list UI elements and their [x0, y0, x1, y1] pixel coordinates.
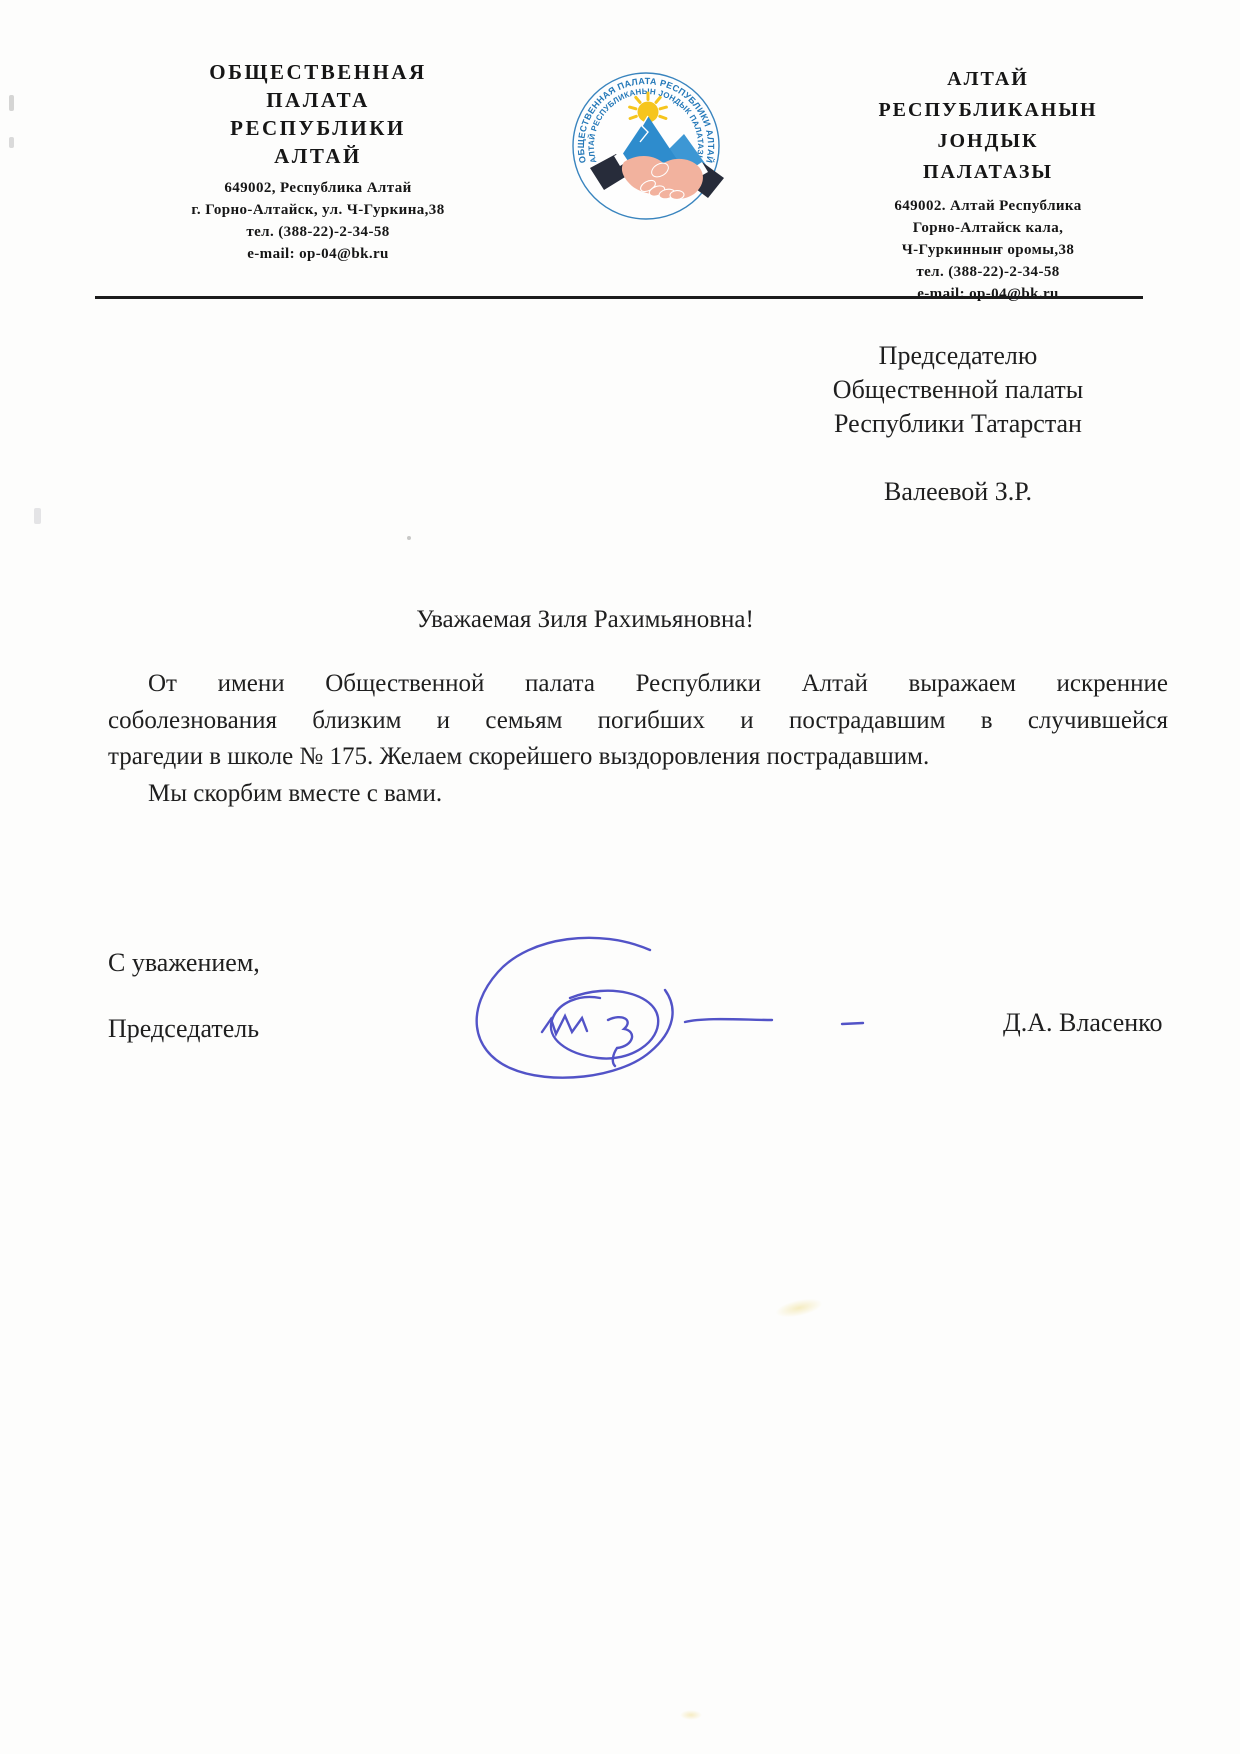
org-title-ru-line: ПАЛАТА [140, 86, 496, 114]
address-line: 649002. Алтай Республика [803, 195, 1173, 217]
body-line: соболезнования близким и семьям погибших… [108, 703, 1168, 740]
org-address-russian: 649002, Республика Алтай г. Горно-Алтайс… [140, 177, 496, 265]
emblem-svg: ОБЩЕСТВЕННАЯ ПАЛАТА РЕСПУБЛИКИ АЛТАЙ АЛТ… [564, 62, 728, 230]
recipient-line: Общественной палаты [756, 373, 1160, 407]
scan-artifact [407, 536, 411, 540]
org-block-russian: ОБЩЕСТВЕННАЯ ПАЛАТА РЕСПУБЛИКИ АЛТАЙ 649… [140, 58, 496, 265]
letter-body: От имени Общественной палата Республики … [108, 666, 1168, 812]
address-line: Горно-Алтайск кала, [803, 217, 1173, 239]
organization-emblem: ОБЩЕСТВЕННАЯ ПАЛАТА РЕСПУБЛИКИ АЛТАЙ АЛТ… [564, 62, 728, 230]
closing-regards: С уважением, [108, 948, 260, 978]
salutation: Уважаемая Зиля Рахимьяновна! [100, 606, 1070, 634]
recipient-name: Валеевой З.Р. [756, 475, 1160, 509]
signer-name: Д.А. Власенко [1003, 1008, 1163, 1038]
address-line: г. Горно-Алтайск, ул. Ч-Гуркина,38 [140, 199, 496, 221]
org-block-altai: АЛТАЙ РЕСПУБЛИКАНЫН JОНДЫК ПАЛАТАЗЫ 6490… [803, 64, 1173, 305]
scan-artifact [34, 508, 41, 524]
scan-artifact [774, 1295, 824, 1321]
address-line: тел. (388-22)-2-34-58 [140, 221, 496, 243]
email-line: e-mail: op-04@bk.ru [803, 283, 1173, 305]
org-title-alt-line: JОНДЫК [803, 126, 1173, 157]
recipient-block: Председателю Общественной палаты Республ… [756, 339, 1160, 509]
address-line: Ч-Гуркинныҥ оромы,38 [803, 239, 1173, 261]
body-line: Мы скорбим вместе с вами. [108, 776, 1168, 813]
scan-artifact [9, 137, 14, 148]
signer-position: Председатель [108, 1014, 259, 1044]
org-title-alt-line: АЛТАЙ [803, 64, 1173, 95]
scan-artifact [680, 1710, 702, 1720]
org-title-alt-line: РЕСПУБЛИКАНЫН [803, 95, 1173, 126]
letter-page: ОБЩЕСТВЕННАЯ ПАЛАТА РЕСПУБЛИКИ АЛТАЙ 649… [0, 0, 1240, 1754]
org-title-ru-line: ОБЩЕСТВЕННАЯ [140, 58, 496, 86]
body-line: От имени Общественной палата Республики … [108, 666, 1168, 703]
email-line: e-mail: op-04@bk.ru [140, 243, 496, 265]
body-line: трагедии в школе № 175. Желаем скорейшег… [108, 739, 1168, 776]
org-title-ru-line: АЛТАЙ [140, 142, 496, 170]
org-title-alt-line: ПАЛАТАЗЫ [803, 157, 1173, 188]
org-title-ru-line: РЕСПУБЛИКИ [140, 114, 496, 142]
scan-artifact [9, 95, 14, 111]
address-line: 649002, Республика Алтай [140, 177, 496, 199]
recipient-line: Председателю [756, 339, 1160, 373]
address-line: тел. (388-22)-2-34-58 [803, 261, 1173, 283]
handwritten-signature [450, 920, 870, 1090]
org-address-altai: 649002. Алтай Республика Горно-Алтайск к… [803, 195, 1173, 305]
recipient-line: Республики Татарстан [756, 407, 1160, 441]
header-divider [95, 296, 1143, 299]
